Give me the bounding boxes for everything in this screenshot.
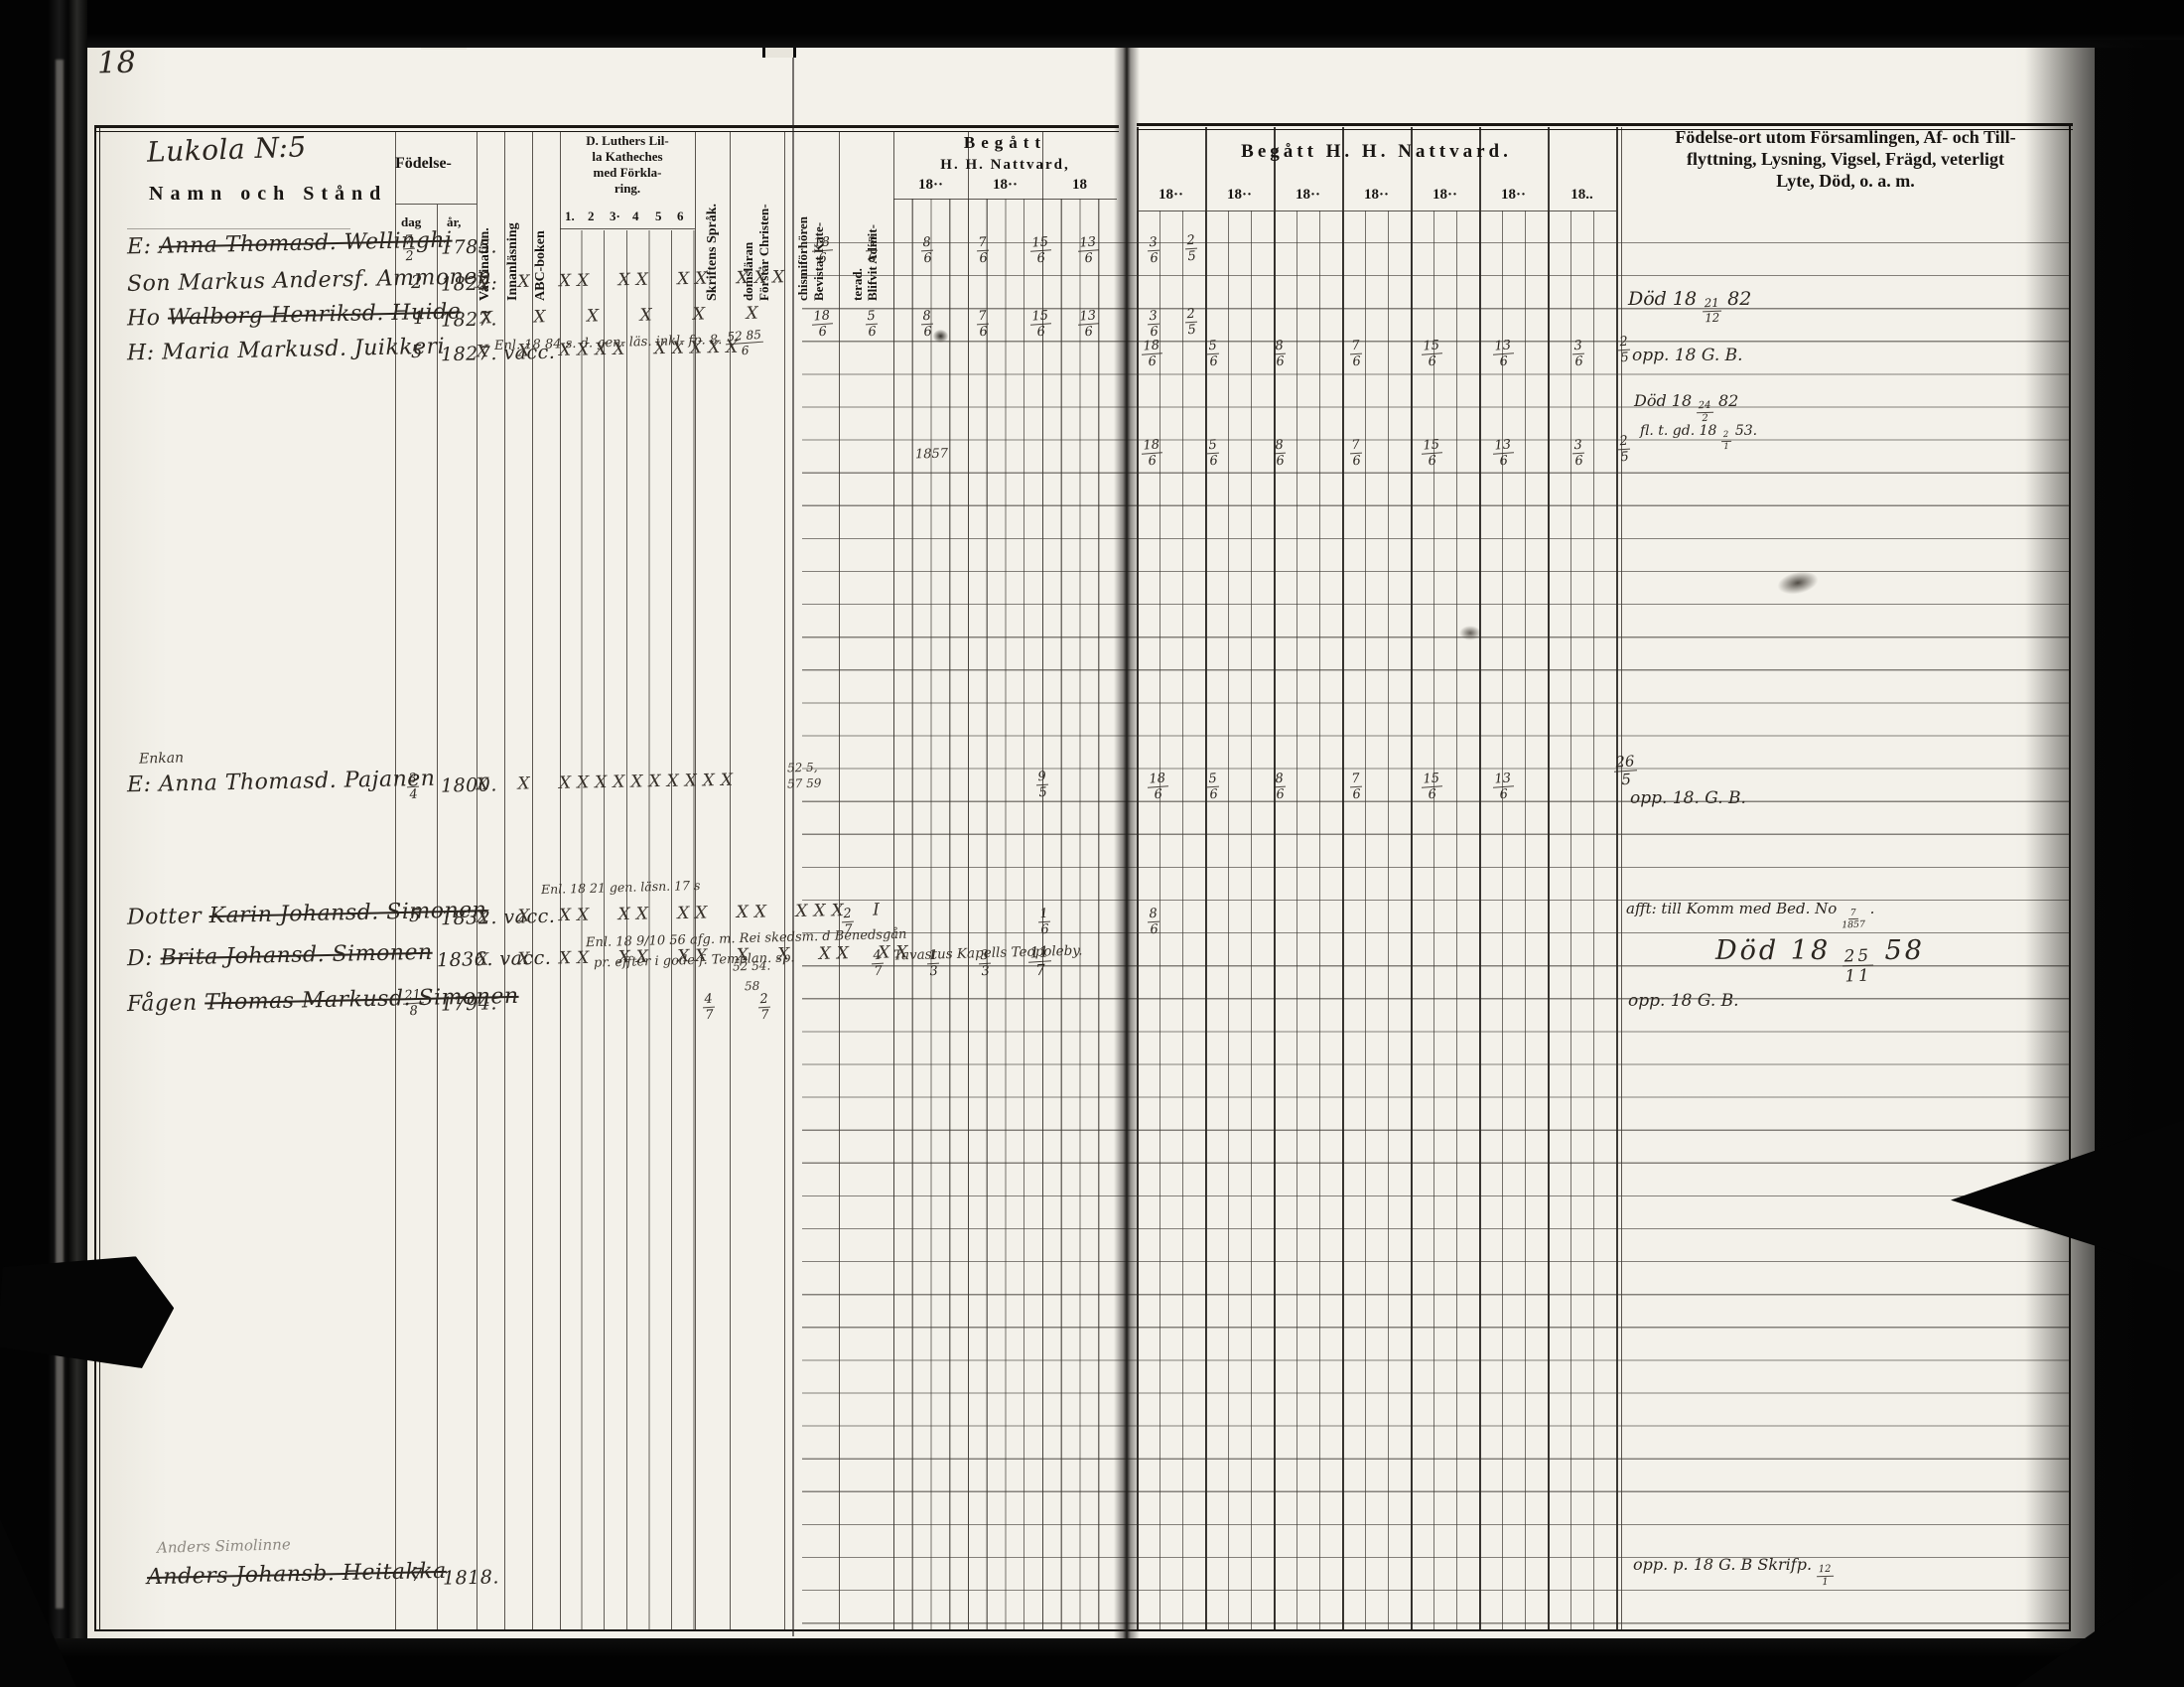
communion-date: 265 bbox=[1613, 754, 1638, 788]
communion-date: 13 bbox=[926, 949, 940, 979]
note-text: opp. 18 G. B. bbox=[1632, 346, 1743, 365]
communion-date: 156 bbox=[1421, 772, 1443, 801]
row-sub-annotation: 57 59 bbox=[787, 776, 822, 791]
note-text: 82 bbox=[1727, 288, 1751, 310]
header-underline bbox=[893, 199, 1117, 200]
note-fraction: 2511 bbox=[1842, 946, 1874, 984]
note-fraction: 242 bbox=[1697, 401, 1713, 424]
catechism-col-5: 5 bbox=[655, 209, 662, 224]
margin-note: Död 18 2112 82 bbox=[1628, 288, 1751, 323]
school-title-handwritten: Lukola N:5 bbox=[146, 130, 307, 169]
corner-page-number: 18 bbox=[97, 46, 137, 81]
communion-date: 156 bbox=[1421, 438, 1443, 468]
note-fraction: 21 bbox=[1721, 431, 1731, 452]
communion-date: 27 bbox=[841, 908, 855, 937]
catechism-col-2: 2 bbox=[588, 209, 595, 224]
row-name-prefix: Ho bbox=[127, 306, 161, 332]
right-year-column-5: 18·· bbox=[1411, 187, 1479, 204]
birth-year-value: 1785. bbox=[441, 235, 497, 258]
birth-day-value: 218 bbox=[402, 988, 425, 1018]
catechism-col-4: 4 bbox=[632, 209, 639, 224]
communion-date: 136 bbox=[1077, 235, 1100, 265]
communion-date: 186 bbox=[1147, 772, 1169, 801]
right-year-column-6: 18·· bbox=[1479, 187, 1548, 204]
note-fraction: 121 bbox=[1817, 1565, 1834, 1588]
grid-line-vertical bbox=[893, 131, 894, 1629]
scan-border-right-shadow bbox=[2025, 40, 2184, 1648]
note-fraction: 2112 bbox=[1703, 298, 1722, 325]
communion-date: 117 bbox=[1027, 944, 1052, 979]
communion-date: 86 bbox=[1273, 773, 1287, 802]
note-fraction: 71857 bbox=[1842, 909, 1865, 930]
grid-line-vertical bbox=[784, 131, 785, 1629]
left-communion-subgrid bbox=[893, 199, 1117, 1629]
book-spine-shadow bbox=[0, 0, 87, 1687]
right-communion-subgrid bbox=[1137, 211, 1616, 1629]
table-border-top bbox=[1137, 123, 2073, 126]
left-year-column-3: 18 bbox=[1042, 177, 1117, 194]
table-border-top bbox=[94, 125, 1119, 128]
name-column-header: Namn och Stånd bbox=[149, 183, 387, 206]
communion-date: 56 bbox=[865, 310, 879, 340]
communion-date: 156 bbox=[1029, 235, 1052, 265]
grid-line-vertical bbox=[1411, 127, 1413, 1629]
grid-line-vertical bbox=[839, 131, 840, 1629]
margin-note: opp. 18. G. B. bbox=[1630, 788, 1746, 808]
ink-smudge bbox=[933, 330, 948, 343]
right-year-column-2: 18·· bbox=[1205, 187, 1274, 204]
communion-date: 36 bbox=[1571, 340, 1585, 369]
row-name-prefix: Fågen bbox=[127, 991, 198, 1017]
scan-border-top bbox=[0, 0, 2184, 48]
row-separator-faint bbox=[127, 228, 350, 229]
left-communion-header-line2: H. H. Nattvard, bbox=[893, 157, 1117, 174]
catechism-header-line1: D. Luthers Lil- bbox=[560, 133, 695, 149]
communion-date: 76 bbox=[1349, 439, 1363, 469]
communion-date: 36 bbox=[1147, 236, 1160, 266]
grid-line-vertical bbox=[1342, 127, 1344, 1629]
row-name-prefix: E: bbox=[127, 234, 152, 260]
table-border-bottom bbox=[94, 1629, 2070, 1631]
communion-date: 76 bbox=[976, 236, 990, 266]
communion-date: 86 bbox=[1147, 908, 1160, 937]
scan-border-bottom bbox=[0, 1638, 2184, 1687]
communion-date: 136 bbox=[1492, 438, 1515, 468]
communion-date: 27 bbox=[757, 993, 771, 1023]
row-name-prefix: D: bbox=[127, 946, 154, 972]
notes-column-header-line3: Lyte, Död, o. a. m. bbox=[1622, 171, 2069, 192]
right-year-column-7: 18.. bbox=[1548, 187, 1616, 204]
communion-date: 56 bbox=[1206, 773, 1220, 802]
communion-date: 136 bbox=[1492, 772, 1515, 801]
communion-date: 36 bbox=[1571, 439, 1585, 469]
admitted-header-line1: Blifvit Admit- bbox=[865, 137, 881, 301]
communion-date: 16 bbox=[1037, 908, 1051, 937]
row-sub-annotation: 52 5, bbox=[787, 761, 818, 775]
note-text: Död 18 bbox=[1634, 391, 1692, 410]
grid-line-vertical bbox=[968, 131, 969, 1629]
notes-column-header-line2: flyttning, Lysning, Vigsel, Frägd, veter… bbox=[1622, 149, 2069, 170]
communion-date: 86 bbox=[920, 236, 934, 266]
row-name-above: Anders Simolinne bbox=[157, 1535, 291, 1557]
margin-note: opp. p. 18 G. B Skrifp. 121 bbox=[1633, 1555, 1834, 1586]
book-gutter-shadow bbox=[1114, 48, 1140, 1638]
communion-date: 25 bbox=[1617, 435, 1631, 465]
grid-line-vertical bbox=[1042, 131, 1043, 1629]
communion-date: 86 bbox=[1273, 340, 1287, 369]
communion-date: 47 bbox=[871, 949, 885, 979]
attended-examination-header-line1: Bevistat Kate- bbox=[811, 137, 827, 301]
catechism-col-3: 3· bbox=[610, 209, 620, 224]
communion-date: 186 bbox=[1141, 438, 1163, 468]
margin-note-death: Död 18 2511 58 bbox=[1715, 935, 1925, 981]
note-text: opp. 18. G. B. bbox=[1630, 788, 1746, 808]
note-text: Död 18 bbox=[1628, 288, 1697, 310]
communion-date: 25 bbox=[1184, 308, 1198, 338]
birth-column-header: Födelse- bbox=[395, 155, 477, 173]
communion-date: 33 bbox=[978, 949, 992, 979]
communion-date: 76 bbox=[1349, 773, 1363, 802]
communion-date: 25 bbox=[1617, 336, 1631, 365]
right-year-column-4: 18·· bbox=[1342, 187, 1411, 204]
grid-line-vertical bbox=[1479, 127, 1481, 1629]
communion-date: 76 bbox=[1349, 340, 1363, 369]
margin-note: opp. 18 G. B. bbox=[1632, 346, 1748, 365]
row-sub-annotation: 58 bbox=[745, 979, 760, 993]
communion-date: 186 bbox=[811, 235, 834, 265]
note-text: 58 bbox=[1885, 935, 1925, 966]
left-year-column-2: 18·· bbox=[968, 177, 1042, 194]
right-year-column-1: 18·· bbox=[1137, 187, 1205, 204]
communion-date: 36 bbox=[1147, 310, 1160, 340]
birth-day-value: 5 bbox=[411, 342, 423, 362]
ink-smudge bbox=[1459, 626, 1481, 640]
attended-examination-header-line2: chismiförhören bbox=[795, 137, 811, 301]
header-underline bbox=[560, 228, 695, 229]
communion-date: 186 bbox=[1141, 339, 1163, 368]
catechism-header-line3: med Förkla- bbox=[560, 165, 695, 181]
right-communion-header: Begått H. H. Nattvard. bbox=[1137, 141, 1616, 163]
page-crease-line bbox=[792, 52, 794, 1636]
catechism-col-1: 1. bbox=[565, 209, 575, 224]
birth-day-value: 72 bbox=[402, 234, 416, 264]
communion-date: 186 bbox=[811, 309, 834, 339]
note-text: . bbox=[1870, 900, 1875, 917]
notes-column-header-line1: Födelse-ort utom Församlingen, Af- och T… bbox=[1622, 127, 2069, 148]
birth-day-value: 5 bbox=[409, 906, 421, 926]
communion-date: 136 bbox=[1077, 309, 1100, 339]
communion-date: 156 bbox=[1421, 339, 1443, 368]
note-text: afft: till Komm med Bed. No bbox=[1626, 900, 1837, 917]
row-sub-annotation: 1857 bbox=[915, 447, 948, 463]
row-name-prefix: Dotter bbox=[127, 904, 203, 930]
communion-date: 76 bbox=[976, 310, 990, 340]
scanned-parish-register: 18 Lukola N:5 Namn och Stånd Födelse- da… bbox=[0, 0, 2184, 1687]
communion-date: 156 bbox=[1029, 309, 1052, 339]
note-text: opp. p. 18 G. B Skrifp. bbox=[1633, 1555, 1812, 1574]
row-name-prefix: H: bbox=[127, 341, 155, 366]
note-text: fl. t. gd. 18 bbox=[1640, 423, 1716, 439]
margin-note: fl. t. gd. 18 21 53. bbox=[1640, 423, 1757, 449]
communion-date: 56 bbox=[1206, 340, 1220, 369]
communion-date: 47 bbox=[702, 993, 716, 1023]
communion-date: 86 bbox=[1273, 439, 1287, 469]
table-border-left bbox=[94, 125, 96, 1631]
margin-note: Död 18 242 82 bbox=[1634, 391, 1738, 422]
catechism-subgrid bbox=[560, 230, 695, 1629]
header-underline bbox=[1137, 211, 1616, 211]
catechism-header-line2: la Katheches bbox=[560, 149, 695, 165]
birth-year-value: 1818. bbox=[443, 1566, 499, 1589]
note-text: Död 18 bbox=[1715, 935, 1831, 966]
left-communion-header-line1: Begått bbox=[893, 133, 1117, 153]
communion-date: 56 bbox=[1206, 439, 1220, 469]
row-name-prefix: E: bbox=[127, 773, 152, 798]
margin-note: afft: till Komm med Bed. No 71857 . bbox=[1626, 900, 1874, 928]
right-year-column-3: 18·· bbox=[1274, 187, 1342, 204]
communion-date: 136 bbox=[1492, 339, 1515, 368]
catechism-header-line4: ring. bbox=[560, 181, 695, 197]
birth-day-value: 34 bbox=[406, 773, 420, 802]
birth-day-value: 7 bbox=[411, 1565, 423, 1586]
margin-note: opp. 18 G. B. bbox=[1628, 991, 1739, 1011]
catechism-col-6: 6 bbox=[677, 209, 684, 224]
note-text: opp. 18 G. B. bbox=[1628, 991, 1739, 1011]
spine-page-edge-highlight bbox=[56, 60, 64, 1609]
birth-day-value: 2 bbox=[411, 272, 423, 293]
note-text: 53. bbox=[1735, 423, 1757, 439]
note-text: 82 bbox=[1718, 391, 1738, 410]
grid-line-vertical bbox=[1548, 127, 1550, 1629]
header-underline bbox=[395, 204, 477, 205]
communion-date: 56 bbox=[865, 236, 879, 266]
row-sub-annotation: 52 54. bbox=[733, 959, 771, 974]
communion-date: 95 bbox=[1035, 771, 1049, 800]
left-year-column-1: 18·· bbox=[893, 177, 968, 194]
table-border-left-inner bbox=[99, 125, 100, 1631]
row-name-prefix: Son bbox=[127, 271, 172, 297]
communion-date: 25 bbox=[1184, 234, 1198, 264]
admitted-header-line2: terad. bbox=[850, 137, 866, 301]
birth-day-value: 1 bbox=[413, 308, 425, 329]
row-name-above: Enkan bbox=[139, 750, 184, 767]
birth-year-value: 1794. bbox=[441, 992, 497, 1015]
